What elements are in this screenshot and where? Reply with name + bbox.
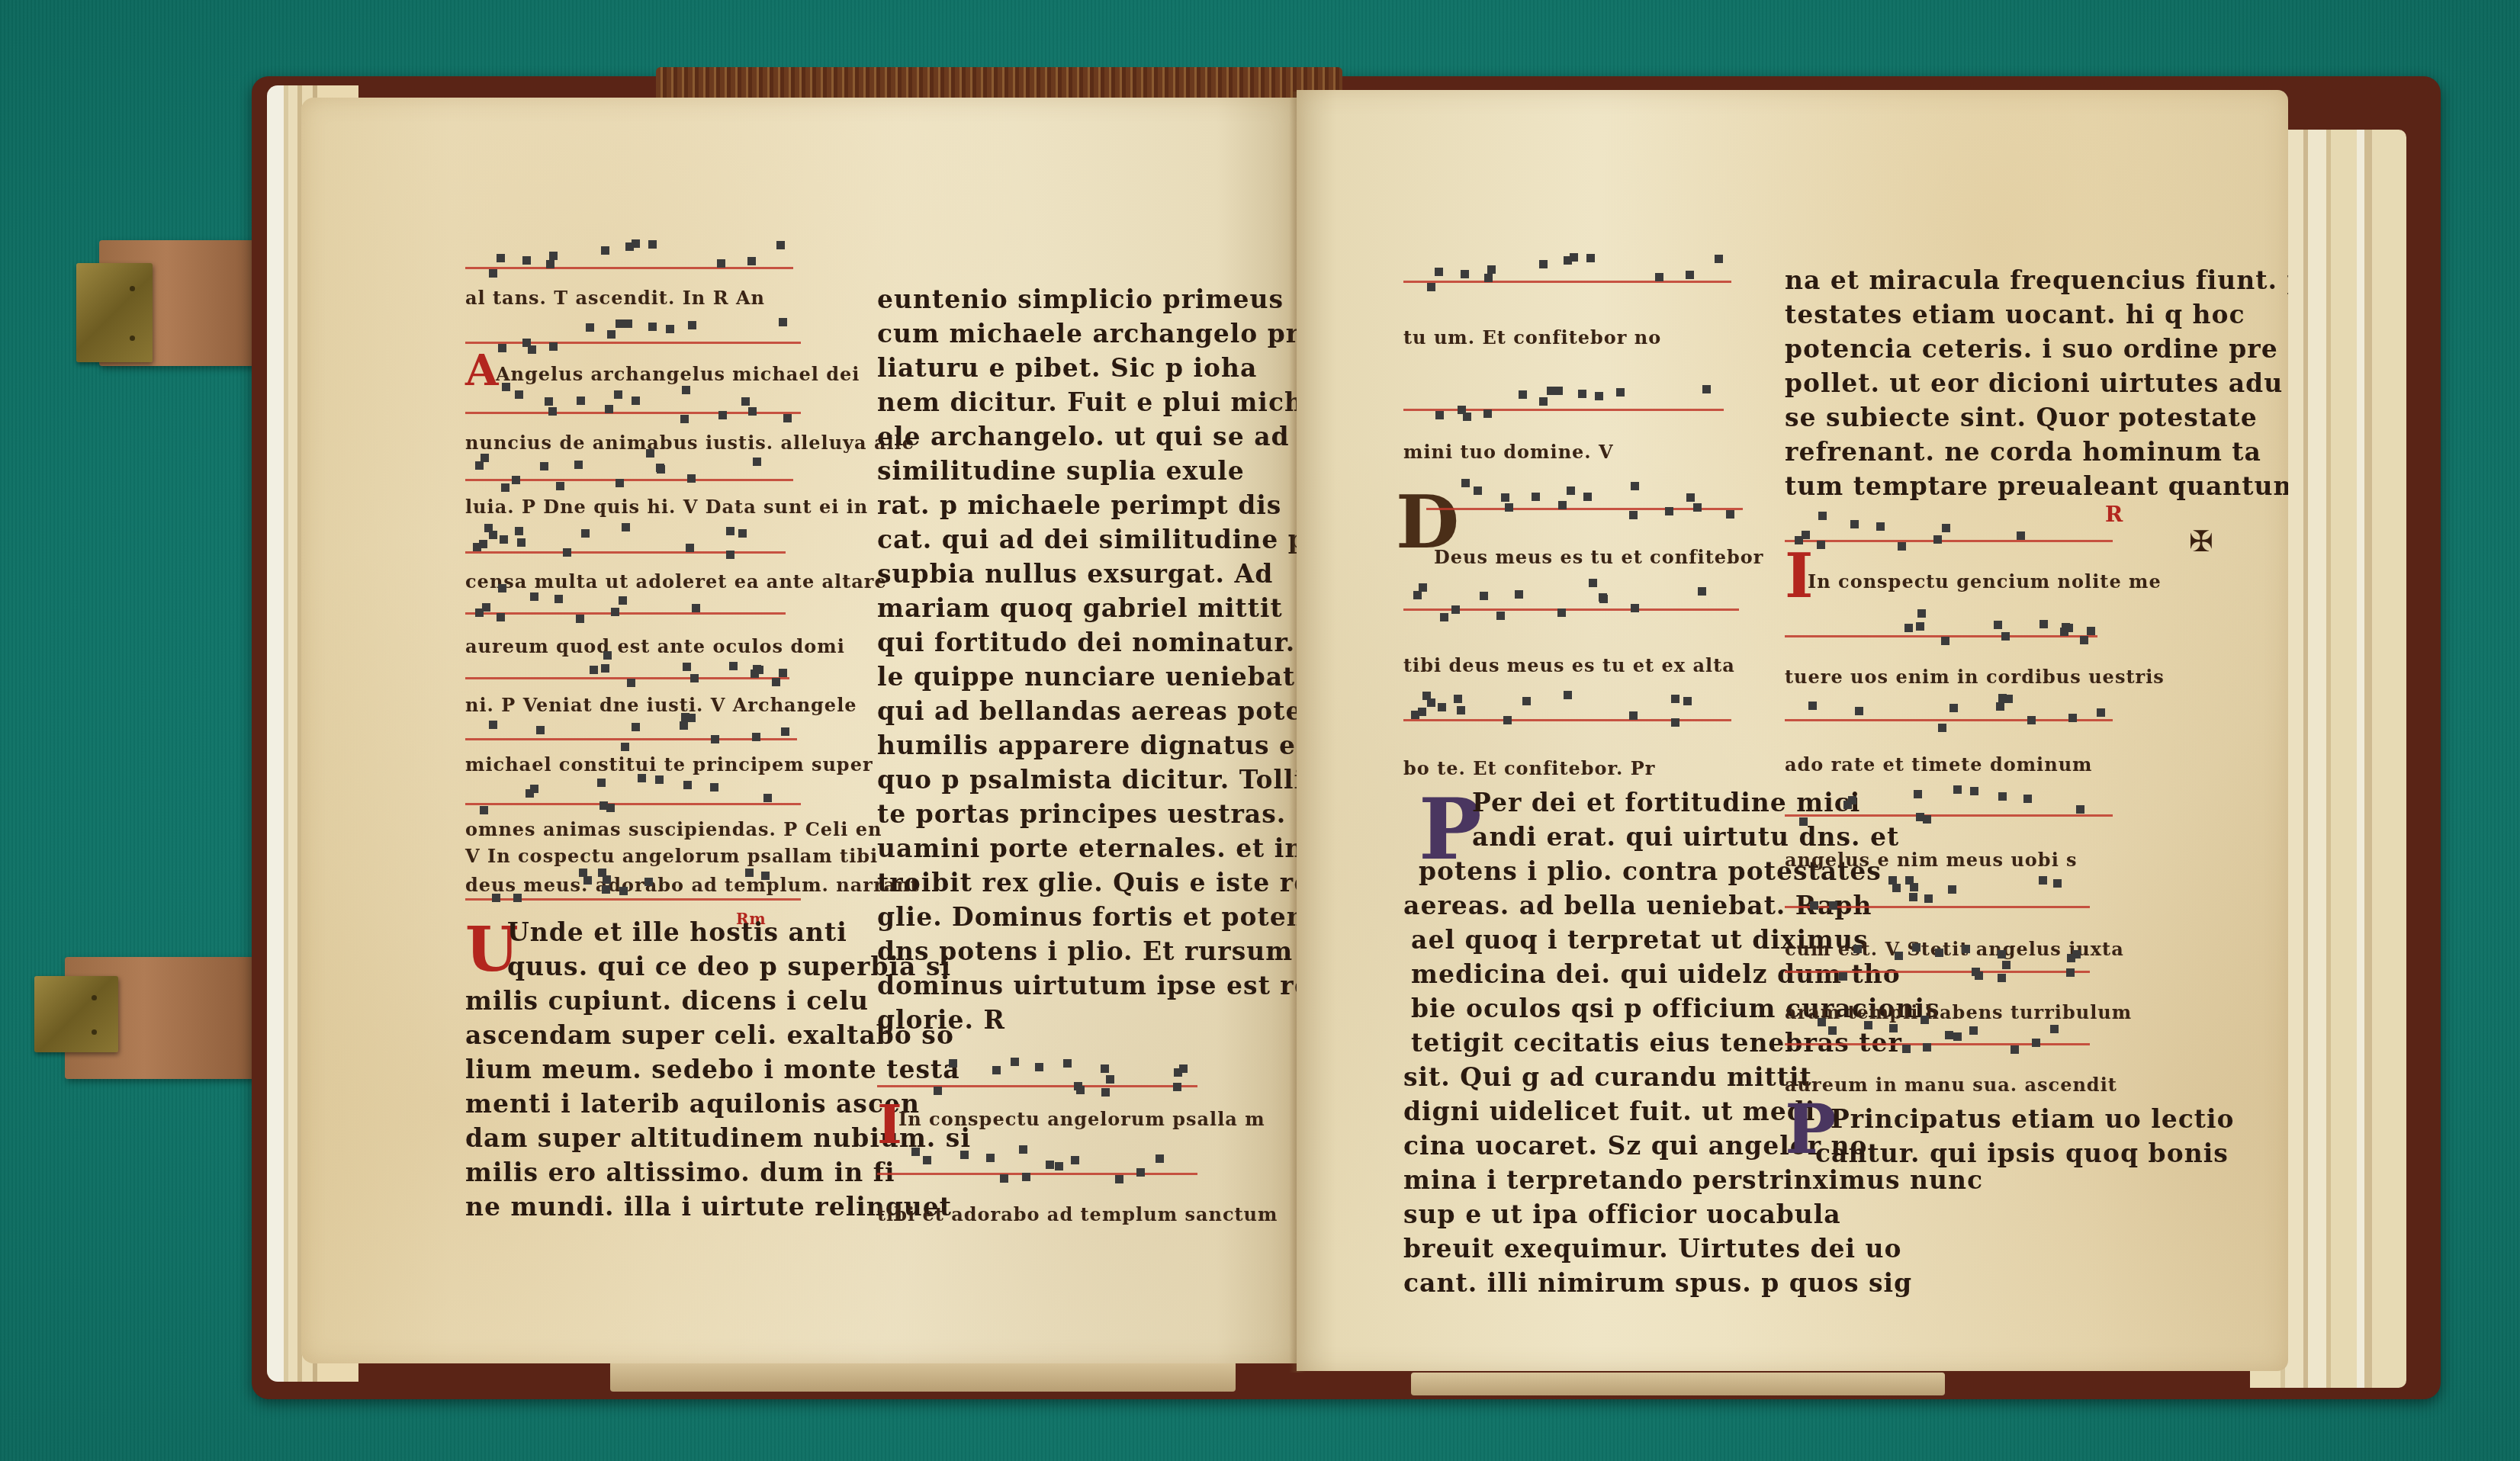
neume-icon (1715, 255, 1723, 263)
neume-icon (638, 774, 646, 782)
neume-icon (1474, 486, 1482, 495)
neume-icon (489, 531, 497, 539)
neume-icon (1451, 605, 1460, 614)
neume-icon (1904, 624, 1913, 632)
neume-icon (2004, 695, 2013, 703)
neume-icon (489, 721, 497, 729)
neume-icon (1440, 613, 1448, 621)
neume-icon (1629, 711, 1638, 720)
neume-icon (1935, 949, 1943, 957)
neume-icon (1895, 952, 1903, 960)
neume-icon (1889, 1024, 1898, 1032)
neume-icon (1698, 587, 1706, 596)
neume-icon (1106, 1075, 1114, 1084)
neume-icon (530, 592, 538, 601)
neume-icon (772, 678, 780, 686)
neume-icon (1629, 511, 1638, 519)
neume-icon (522, 256, 531, 265)
lyric-line: luia. P Dne quis hi. V Data sunt ei in (465, 496, 868, 518)
neume-icon (1532, 493, 1540, 501)
neume-icon (1063, 1059, 1072, 1068)
staff-line (1785, 719, 2113, 721)
lyric-line: ni. P Veniat dne iusti. V Archangele (465, 694, 857, 716)
neume-icon (1564, 256, 1572, 265)
neume-icon (718, 411, 727, 419)
lyric-line: aureum quod est ante oculos domi (465, 635, 845, 657)
prose-line: cantur. qui ipsis quoq bonis (1815, 1138, 2229, 1168)
prose-line: cum michaele archangelo pre (877, 319, 1297, 348)
lyric-line: al tans. T ascendit. In R An (465, 287, 765, 309)
neume-icon (548, 407, 557, 416)
staff-line (465, 738, 797, 740)
spine-tab (1411, 1373, 1945, 1395)
lyric-line: mini tuo domine. V (1403, 441, 1614, 463)
neume-icon (1461, 270, 1469, 278)
neume-icon (688, 321, 696, 329)
neume-icon (710, 783, 718, 792)
lyric-line: tibi et adorabo ad templum sanctum (877, 1203, 1278, 1225)
prose-line: sup e ut ipa officior uocabula (1403, 1199, 1841, 1229)
staff-line (465, 803, 801, 805)
neume-icon (747, 257, 756, 265)
neume-icon (1435, 411, 1444, 419)
neume-icon (1998, 792, 2007, 801)
neume-icon (1616, 388, 1625, 397)
neume-icon (1505, 503, 1513, 512)
prose-line: le quippe nunciare ueniebat. (877, 662, 1297, 692)
neume-icon (1022, 1173, 1030, 1181)
neume-icon (502, 383, 510, 391)
neume-icon (682, 386, 690, 394)
neume-icon (1071, 1156, 1079, 1164)
neume-icon (497, 254, 505, 262)
prose-line: mariam quoq gabriel mittit (877, 593, 1283, 623)
neume-icon (556, 482, 564, 490)
prose-line: glie. Dominus fortis et potens (877, 902, 1297, 932)
neume-icon (726, 527, 734, 535)
lyric-line: In conspectu gencium nolite me (1808, 570, 2162, 592)
neume-icon (779, 669, 787, 677)
neume-icon (1953, 785, 1962, 794)
neume-icon (1864, 1021, 1872, 1029)
prose-line: humilis apparere dignatus e. De (877, 730, 1297, 760)
neume-icon (1962, 945, 1970, 953)
neume-icon (586, 323, 594, 332)
neume-icon (1435, 268, 1443, 276)
staff-line (877, 1173, 1197, 1175)
neume-icon (1179, 1064, 1188, 1073)
neume-icon (563, 548, 571, 557)
neume-icon (581, 529, 590, 538)
neume-icon (1586, 254, 1595, 262)
neume-icon (583, 876, 592, 885)
neume-icon (911, 1148, 920, 1156)
neume-icon (1136, 1168, 1145, 1177)
neume-icon (1461, 479, 1470, 487)
neume-icon (763, 794, 772, 802)
neume-icon (1671, 718, 1679, 727)
neume-icon (512, 476, 520, 484)
neume-icon (1589, 579, 1597, 587)
neume-icon (597, 779, 606, 787)
brass-clasp-plate (34, 976, 118, 1052)
neume-icon (1480, 592, 1488, 600)
neume-icon (779, 318, 787, 326)
neume-icon (646, 449, 654, 458)
neume-icon (622, 523, 630, 531)
neume-icon (473, 543, 481, 551)
neume-icon (606, 804, 615, 812)
prose-line: dns potens i plio. Et rursum (877, 936, 1293, 966)
neume-icon (616, 319, 624, 328)
neume-icon (590, 666, 598, 674)
neume-icon (1818, 1018, 1826, 1026)
neume-icon (1905, 876, 1914, 885)
staff-line (1403, 281, 1731, 283)
neume-icon (1501, 493, 1509, 502)
prose-line: Unde et ille hostis anti (507, 917, 847, 947)
neume-icon (1916, 622, 1924, 631)
prose-line: ele archangelo. ut qui se ad dei (877, 422, 1297, 451)
neume-icon (683, 663, 691, 671)
staff-line (1785, 814, 2113, 817)
neume-icon (687, 474, 696, 483)
prose-line: troibit rex glie. Quis e iste rex (877, 868, 1297, 897)
neume-icon (1578, 390, 1586, 398)
neume-icon (501, 483, 509, 492)
neume-icon (540, 462, 548, 470)
neume-icon (1503, 716, 1512, 724)
neume-icon (619, 887, 628, 895)
neume-icon (1487, 265, 1496, 274)
neume-icon (2027, 716, 2036, 724)
lyric-line: Deus meus es tu et confitebor (1434, 546, 1763, 568)
neume-icon (2097, 708, 2105, 717)
prose-line: digni uidelicet fuit. ut medi (1403, 1097, 1815, 1126)
prose-line: potencia ceteris. i suo ordine pre (1785, 334, 2278, 364)
neume-icon (1970, 787, 1978, 795)
neume-icon (1539, 260, 1548, 268)
neume-icon (1156, 1154, 1164, 1163)
prose-line: qui fortitudo dei nominatur. Il (877, 628, 1297, 657)
cross-mark-icon: ✠ (2189, 525, 2213, 558)
neume-icon (2065, 624, 2073, 632)
neume-icon (1631, 482, 1639, 490)
neume-icon (1567, 486, 1575, 495)
prose-line: supbia nullus exsurgat. Ad (877, 559, 1273, 589)
neume-icon (1671, 695, 1679, 703)
clasp-top (69, 240, 267, 366)
neume-icon (1035, 1063, 1043, 1071)
neume-icon (949, 1059, 957, 1068)
lyric-line: tibi deus meus es tu et ex alta (1403, 654, 1735, 676)
neume-icon (1655, 273, 1663, 281)
neume-icon (1839, 972, 1847, 981)
neume-icon (1074, 1082, 1082, 1090)
neume-icon (1972, 968, 1980, 976)
neume-icon (601, 246, 609, 255)
neume-icon (648, 240, 657, 249)
neume-icon (492, 894, 500, 902)
neume-icon (1917, 609, 1926, 618)
neume-icon (1726, 510, 1734, 519)
neume-icon (1427, 283, 1435, 291)
neume-icon (2068, 714, 2077, 722)
neume-icon (1011, 1058, 1019, 1066)
prose-line: rat. p michaele perimpt dis (877, 490, 1281, 520)
lyric-line: Angelus archangelus michael dei (496, 363, 860, 385)
neume-icon (1923, 1043, 1931, 1052)
prose-line: testates etiam uocant. hi q hoc (1785, 300, 2245, 329)
prose-line: te portas principes uestras. Ele (877, 799, 1297, 829)
neume-icon (726, 551, 734, 559)
lyric-line: tuere uos enim in cordibus uestris (1785, 666, 2165, 688)
neume-icon (605, 405, 613, 413)
neume-icon (2039, 876, 2047, 885)
left-chant-column: al tans. T ascendit. In R An A Angelus a… (465, 227, 847, 1363)
neume-icon (1411, 711, 1419, 719)
neume-icon (1454, 695, 1462, 703)
neume-icon (500, 535, 508, 544)
prose-line: cat. qui ad dei similitudine per (877, 525, 1297, 554)
neume-icon (683, 781, 692, 789)
neume-icon (761, 872, 770, 880)
neume-icon (528, 345, 536, 354)
prose-line: milis cupiunt. dicens i celu (465, 986, 869, 1016)
neume-icon (526, 789, 534, 798)
neume-icon (680, 721, 688, 730)
neume-icon (741, 397, 750, 406)
neume-icon (1665, 507, 1673, 515)
lyric-line: In conspectu angelorum psalla m (898, 1108, 1265, 1130)
right-text-column: na et miracula frequencius fiunt. po tes… (1785, 265, 2143, 1371)
neume-icon (1631, 604, 1639, 612)
neume-icon (657, 465, 665, 474)
neume-icon (1000, 1174, 1008, 1183)
neume-icon (475, 461, 484, 470)
neume-icon (1914, 790, 1922, 798)
neume-icon (1808, 702, 1817, 710)
neume-icon (1173, 1083, 1181, 1091)
neume-icon (489, 269, 497, 278)
prose-line: nem dicitur. Fuit e plui micha (877, 387, 1297, 417)
neume-icon (1564, 691, 1572, 699)
neume-icon (1945, 1031, 1953, 1039)
neume-icon (1948, 885, 1956, 894)
prose-line: quo p psalmista dicitur. Tolli (877, 765, 1297, 795)
neume-icon (752, 733, 760, 741)
neume-icon (611, 608, 619, 616)
lyric-line: tu um. Et confitebor no (1403, 326, 1661, 348)
neume-icon (1457, 706, 1465, 714)
prose-line: pollet. ut eor dicioni uirtutes adu (1785, 368, 2283, 398)
neume-icon (621, 743, 629, 751)
spine-tab (610, 1361, 1236, 1392)
neume-icon (1427, 698, 1435, 707)
neume-icon (2023, 795, 2032, 803)
neume-icon (2039, 620, 2048, 628)
neume-icon (960, 1151, 969, 1159)
neume-icon (2053, 879, 2062, 888)
neume-icon (655, 775, 664, 784)
neume-icon (1683, 697, 1692, 705)
neume-icon (1558, 501, 1567, 509)
neume-icon (632, 723, 640, 731)
neume-icon (1046, 1161, 1054, 1169)
neume-icon (515, 390, 523, 399)
neume-icon (1924, 894, 1933, 903)
lyric-line: ado rate et timete dominum (1785, 753, 2092, 775)
neume-icon (1101, 1064, 1109, 1073)
neume-icon (753, 458, 761, 466)
neume-icon (1458, 406, 1466, 414)
neume-icon (2001, 632, 2010, 641)
neume-icon (992, 1066, 1001, 1074)
prose-line: sit. Qui g ad curandu mittit (1403, 1062, 1812, 1092)
neume-icon (1998, 974, 2006, 982)
neume-icon (1686, 271, 1694, 279)
neume-icon (745, 869, 754, 877)
neume-icon (1921, 1016, 1929, 1024)
neume-icon (934, 1087, 942, 1095)
neume-icon (1522, 697, 1531, 705)
neume-icon (627, 679, 635, 687)
neume-icon (1539, 397, 1548, 406)
neume-icon (2011, 1045, 2019, 1054)
neume-icon (549, 342, 558, 351)
lyric-line: censa multa ut adoleret ea ante altare (465, 570, 887, 592)
prose-line: refrenant. ne corda hominum ta (1785, 437, 2261, 467)
prose-line: dominus uirtutum ipse est rex (877, 971, 1297, 1000)
prose-line: na et miracula frequencius fiunt. po (1785, 265, 2288, 295)
neume-icon (2076, 805, 2084, 814)
prose-line: uamini porte eternales. et in (877, 833, 1297, 863)
neume-icon (536, 726, 545, 734)
neume-icon (923, 1156, 931, 1164)
brass-clasp-plate (76, 263, 153, 362)
lyric-line: michael constitui te principem super (465, 753, 873, 775)
neume-icon (1557, 608, 1566, 617)
neume-icon (1923, 815, 1931, 824)
neume-icon (748, 407, 757, 416)
neume-icon (1019, 1145, 1027, 1154)
neume-icon (576, 615, 584, 623)
neume-icon (601, 664, 609, 673)
staff-line (465, 612, 786, 615)
neume-icon (1817, 541, 1825, 549)
neume-icon (625, 242, 634, 251)
prose-line: tum temptare preualeant quantum uolunt (1785, 471, 2288, 501)
neume-icon (2080, 636, 2088, 644)
neume-icon (1483, 409, 1492, 418)
neume-icon (497, 613, 505, 621)
neume-icon (577, 397, 585, 405)
neume-icon (1853, 945, 1862, 953)
neume-icon (498, 584, 506, 592)
neume-icon (666, 325, 674, 333)
neume-icon (1413, 591, 1422, 599)
neume-icon (1996, 702, 2004, 711)
prose-line: euntenio simplicio primeus (877, 284, 1284, 314)
staff-line (1403, 409, 1724, 411)
lyric-line: angelus e nim meus uobi s (1785, 849, 2078, 871)
prose-line: glorie. R (877, 1005, 1005, 1035)
prose-line: qui ad bellandas aereas potestates (877, 696, 1297, 726)
neume-icon (692, 604, 700, 612)
neume-icon (1802, 531, 1810, 539)
neume-icon (598, 869, 606, 877)
prose-line: menti i laterib aquilonis ascen (465, 1089, 920, 1119)
neume-icon (1902, 1045, 1911, 1053)
neume-icon (717, 259, 725, 268)
neume-icon (480, 806, 488, 814)
staff-line (1785, 540, 2113, 542)
neume-icon (616, 479, 624, 487)
staff-line (465, 267, 793, 269)
neume-icon (2072, 950, 2081, 958)
neume-icon (2050, 1025, 2059, 1033)
neume-icon (482, 603, 490, 612)
neume-icon (1933, 535, 1942, 544)
neume-icon (1686, 493, 1695, 502)
neume-icon (1599, 595, 1608, 603)
left-text-column: euntenio simplicio primeus cum michaele … (877, 284, 1228, 1352)
neume-icon (1938, 724, 1946, 732)
neume-icon (755, 666, 763, 674)
staff-line (465, 342, 801, 344)
prose-line: Principatus etiam uo lectio (1831, 1104, 2235, 1134)
neume-icon (1463, 413, 1471, 421)
neume-icon (1419, 583, 1427, 592)
neume-icon (1892, 884, 1901, 892)
neume-icon (546, 260, 554, 268)
neume-icon (1898, 542, 1906, 551)
neume-icon (1799, 817, 1808, 826)
neume-icon (498, 344, 506, 352)
neume-icon (1810, 901, 1818, 910)
neume-icon (1519, 390, 1527, 399)
neume-icon (545, 397, 553, 406)
neume-icon (783, 414, 792, 422)
neume-icon (1969, 1026, 1978, 1035)
neume-icon (2066, 968, 2075, 977)
lyric-line: omnes animas suscipiendas. P Celi en (465, 818, 882, 840)
neume-icon (1828, 1026, 1837, 1035)
red-initial-a: A (465, 345, 498, 396)
staff-line (465, 551, 786, 554)
neume-icon (1702, 385, 1711, 393)
prose-line: se subiecte sint. Quor potestate (1785, 403, 2258, 432)
neume-icon (1818, 512, 1827, 520)
prose-line: liaturu e pibet. Sic p ioha (877, 353, 1257, 383)
neume-icon (603, 651, 612, 660)
neume-icon (680, 415, 689, 423)
neume-icon (549, 252, 558, 260)
lyric-line: nuncius de animabus iustis. alleluya all… (465, 432, 914, 454)
neume-icon (481, 454, 489, 462)
neume-icon (1693, 503, 1702, 512)
neume-icon (1855, 707, 1863, 715)
lyric-line: V In cospectu angelorum psallam tibi (465, 845, 878, 867)
neume-icon (686, 544, 694, 552)
neume-icon (1829, 901, 1837, 910)
neume-icon (1942, 524, 1950, 532)
neume-icon (522, 339, 531, 347)
neume-icon (1994, 621, 2002, 629)
neume-icon (2087, 627, 2095, 635)
prose-line: similitudine suplia exule (877, 456, 1245, 486)
neume-icon (602, 885, 610, 894)
